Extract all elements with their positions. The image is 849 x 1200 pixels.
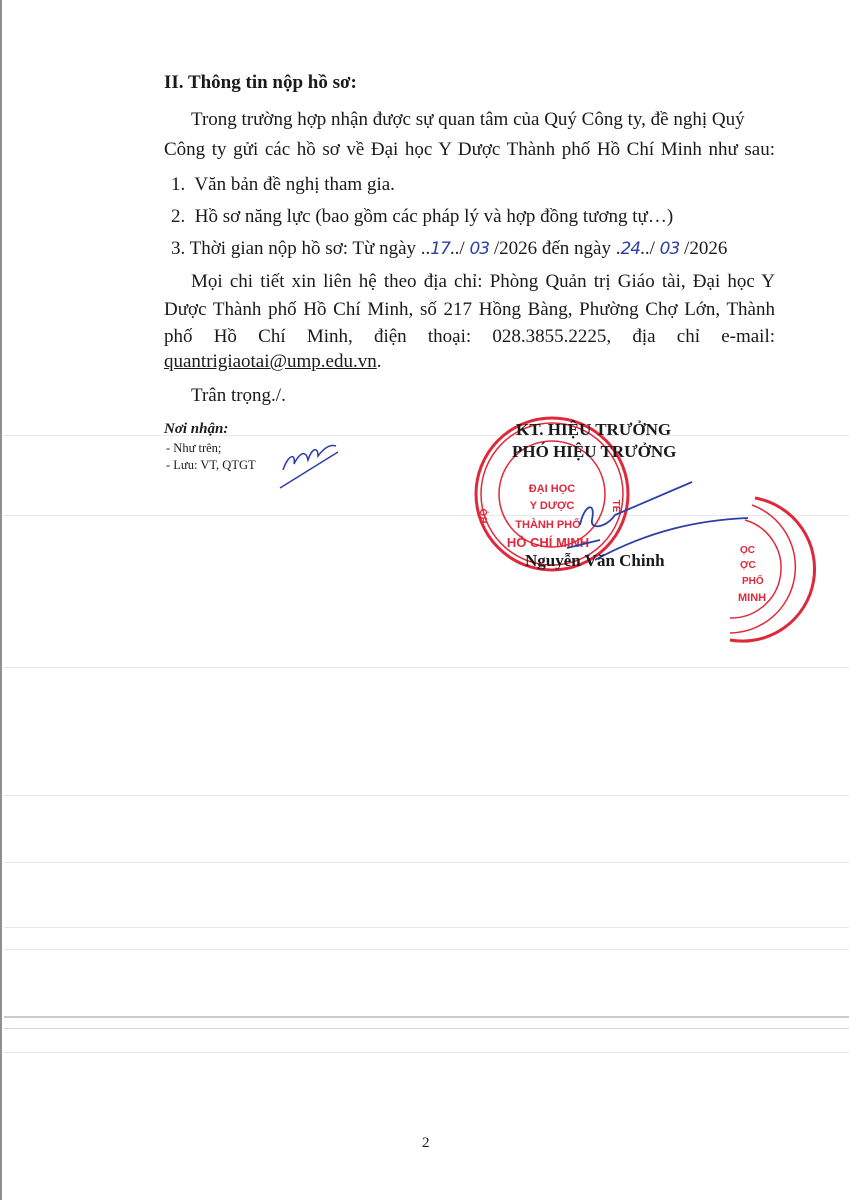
intro-line-1: Trong trường hợp nhận được sự quan tâm c… [191,110,745,129]
deadline-suffix: /2026 [679,238,727,259]
page-border [0,0,2,1200]
requirement-text: Văn bản đề nghị tham gia. [194,174,395,195]
handwritten-from-month: 03 [469,239,489,259]
contact-email-line: quantrigiaotai@ump.edu.vn. [164,352,381,371]
requirement-text: Hồ sơ năng lực (bao gồm các pháp lý và h… [195,206,673,227]
requirement-number: 2. [171,206,185,227]
intro-line-2: Công ty gửi các hồ sơ về Đại học Y Dược … [164,139,775,161]
contact-line-1: Mọi chi tiết xin liên hệ theo địa chỉ: P… [191,272,775,291]
scan-line [4,1028,849,1029]
deadline-line: 3. Thời gian nộp hồ sơ: Từ ngày ..17../ … [171,239,727,258]
svg-text:MINH: MINH [738,592,766,604]
email-link[interactable]: quantrigiaotai@ump.edu.vn [164,351,377,372]
scan-line [4,1052,849,1053]
requirement-number: 1. [171,174,185,195]
scan-line [4,862,849,863]
email-suffix: . [377,351,382,372]
requirement-item: 1. Văn bản đề nghị tham gia. [171,175,395,194]
scan-line [4,515,849,516]
signer-name: Nguyễn Văn Chinh [525,551,665,571]
page-number: 2 [422,1135,430,1152]
scan-line [4,795,849,796]
date-separator: ../ [640,238,660,259]
handwritten-to-month: 03 [660,239,680,259]
signature-title-1: KT. HIỆU TRƯỞNG [516,420,671,440]
partial-stamp-icon [730,498,815,641]
scan-line [4,927,849,928]
contact-line-3: phố Hồ Chí Minh, điện thoại: 028.3855.22… [164,326,775,348]
requirement-item: 2. Hồ sơ năng lực (bao gồm các pháp lý v… [171,207,673,226]
deadline-mid: /2026 đến ngày . [489,238,620,259]
initials-signature [280,445,338,488]
scan-line [4,667,849,668]
svg-text:HỒ CHÍ MINH: HỒ CHÍ MINH [507,535,589,550]
recipient-item: - Lưu: VT, QTGT [166,458,256,473]
deadline-prefix: 3. Thời gian nộp hồ sơ: Từ ngày .. [171,238,430,259]
contact-line-2: Dược Thành phố Hồ Chí Minh, số 217 Hồng … [164,299,775,321]
stamp-and-signatures: ĐẠI HỌC Y DƯỢC THÀNH PHỐ HỒ CHÍ MINH BỘ … [0,0,849,1200]
handwritten-from-day: 17 [430,239,450,259]
svg-text:ỢC: ỢC [740,560,756,571]
closing: Trân trọng./. [191,386,286,405]
svg-text:ỌC: ỌC [740,545,755,556]
handwritten-to-day: 24 [620,239,640,259]
svg-text:PHỐ: PHỐ [742,573,764,587]
svg-text:THÀNH PHỐ: THÀNH PHỐ [515,517,581,531]
recipients-title: Nơi nhận: [164,421,228,438]
scan-line [4,949,849,950]
signature-title-2: PHÓ HIỆU TRƯỞNG [512,442,676,462]
svg-text:Y DƯỢC: Y DƯỢC [530,500,575,512]
stamp-line-1: ĐẠI HỌC [529,483,576,495]
recipient-item: - Như trên; [166,441,221,456]
signature-stroke [580,482,692,526]
section-heading: II. Thông tin nộp hồ sơ: [164,72,357,94]
scan-line [4,435,849,436]
date-separator: ../ [450,238,470,259]
svg-text:TẾ: TẾ [610,500,623,513]
official-stamp-icon [476,418,628,570]
scan-line [4,1016,849,1018]
